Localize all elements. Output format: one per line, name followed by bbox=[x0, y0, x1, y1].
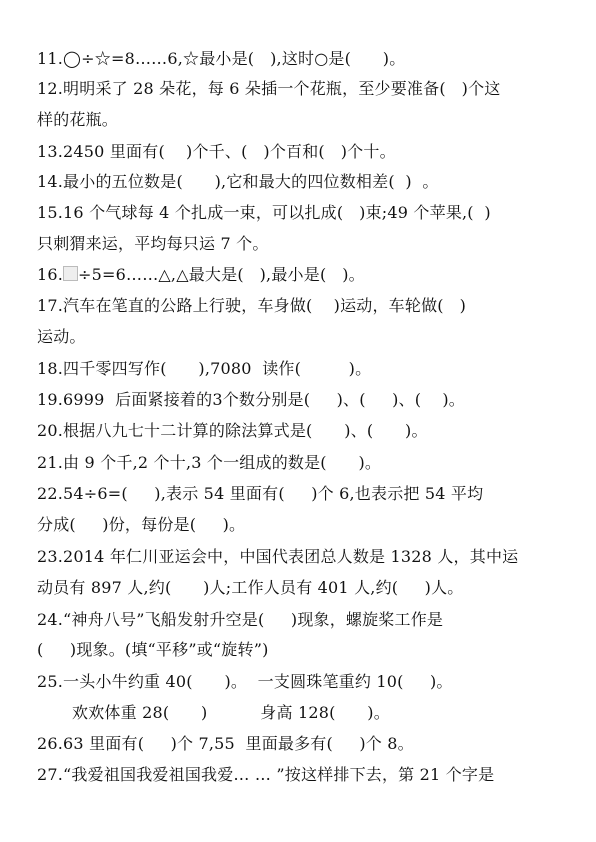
question-text: ÷5=6……△,△最大是( ),最小是( )。 bbox=[78, 265, 365, 284]
question-23-line-1: 23.2014 年仁川亚运会中，中国代表团总人数是 1328 人，其中运 bbox=[37, 547, 518, 567]
question-11: 11.◯÷☆=8……6,☆最小是( ),这时○是( )。 bbox=[37, 49, 405, 69]
question-19: 19.6999 后面紧接着的3个数分别是( )、( )、( )。 bbox=[37, 390, 465, 410]
question-13: 13.2450 里面有( )个千、( )个百和( )个十。 bbox=[37, 142, 396, 162]
question-26: 26.63 里面有( )个 7,55 里面最多有( )个 8。 bbox=[37, 734, 414, 754]
question-24-line-2: ( )现象。(填“平移”或“旋转”) bbox=[37, 640, 269, 660]
question-20: 20.根据八九七十二计算的除法算式是( )、( )。 bbox=[37, 421, 428, 441]
question-22-line-1: 22.54÷6=( ),表示 54 里面有( )个 6,也表示把 54 平均 bbox=[37, 484, 483, 504]
question-25-line-2: 欢欢体重 28( ) 身高 128( )。 bbox=[72, 703, 390, 723]
square-box-icon bbox=[63, 266, 78, 281]
question-15-line-2: 只刺猬来运，平均每只运 7 个。 bbox=[37, 234, 269, 254]
question-24-line-1: 24.“神舟八号”飞船发射升空是( )现象，螺旋桨工作是 bbox=[37, 610, 443, 630]
question-21: 21.由 9 个千,2 个十,3 个一组成的数是( )。 bbox=[37, 453, 381, 473]
question-27: 27.“我爱祖国我爱祖国我爱… … ”按这样排下去，第 21 个字是 bbox=[37, 765, 494, 785]
question-17-line-1: 17.汽车在笔直的公路上行驶，车身做( )运动，车轮做( ) bbox=[37, 296, 466, 316]
question-25-line-1: 25.一头小牛约重 40( )。 一支圆珠笔重约 10( )。 bbox=[37, 672, 453, 692]
question-14: 14.最小的五位数是( ),它和最大的四位数相差( ) 。 bbox=[37, 172, 439, 192]
question-18: 18.四千零四写作( ),7080 读作( )。 bbox=[37, 359, 371, 379]
question-23-line-2: 动员有 897 人,约( )人;工作人员有 401 人,约( )人。 bbox=[37, 578, 464, 598]
worksheet-page: 11.◯÷☆=8……6,☆最小是( ),这时○是( )。 12.明明采了 28 … bbox=[0, 0, 596, 842]
question-15-line-1: 15.16 个气球每 4 个扎成一束，可以扎成( )束;49 个苹果,( ) bbox=[37, 203, 491, 223]
question-12-line-2: 样的花瓶。 bbox=[37, 110, 118, 130]
question-16: 16.÷5=6……△,△最大是( ),最小是( )。 bbox=[37, 265, 365, 285]
question-22-line-2: 分成( )份，每份是( )。 bbox=[37, 515, 245, 535]
question-17-line-2: 运动。 bbox=[37, 327, 86, 347]
question-12-line-1: 12.明明采了 28 朵花，每 6 朵插一个花瓶，至少要准备( )个这 bbox=[37, 79, 500, 99]
question-number: 16. bbox=[37, 265, 63, 284]
